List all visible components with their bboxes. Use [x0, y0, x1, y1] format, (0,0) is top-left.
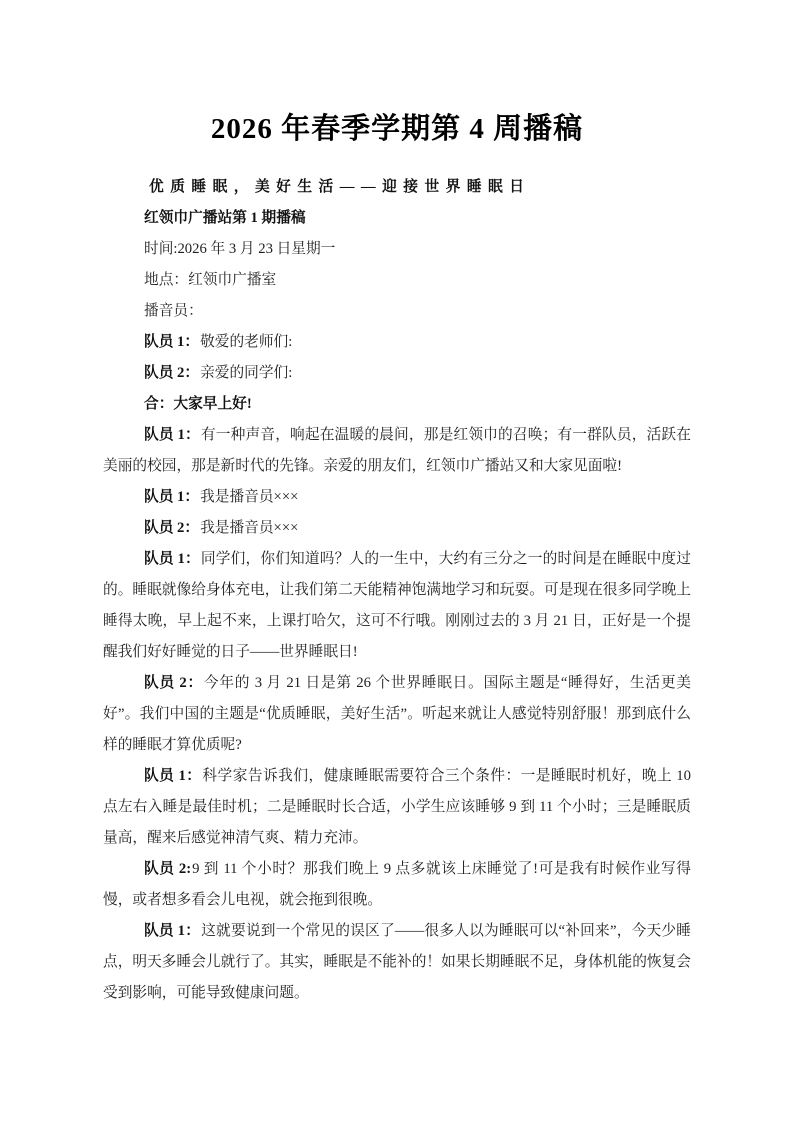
- meta-line: 地点：红领巾广播室: [103, 265, 691, 296]
- script-body: 时间:2026 年 3 月 23 日星期一地点：红领巾广播室播音员：队员 1：敬…: [103, 234, 691, 1009]
- dialogue-line: 队员 2：我是播音员×××: [103, 513, 691, 544]
- dialogue-line: 队员 2:9 到 11 个小时？那我们晚上 9 点多就该上床睡觉了!可是我有时候…: [103, 854, 691, 916]
- dialogue-line: 队员 1：我是播音员×××: [103, 482, 691, 513]
- line-text: 播音员：: [144, 303, 203, 319]
- speaker-label: 队员 1：: [144, 768, 201, 784]
- speaker-label: 队员 1：: [144, 923, 200, 939]
- document-title: 2026 年春季学期第 4 周播稿: [103, 108, 691, 150]
- speaker-label: 队员 1：: [144, 489, 199, 505]
- dialogue-line: 队员 1：敬爱的老师们:: [103, 327, 691, 358]
- speaker-label: 队员 2:: [144, 861, 191, 877]
- line-text: 亲爱的同学们:: [200, 365, 292, 381]
- dialogue-line: 队员 1：这就要说到一个常见的误区了——很多人以为睡眠可以“补回来”，今天少睡点…: [103, 916, 691, 1009]
- line-text: 9 到 11 个小时？那我们晚上 9 点多就该上床睡觉了!可是我有时候作业写得慢…: [103, 861, 691, 908]
- speaker-label: 队员 2：: [144, 675, 203, 691]
- document-subtitle: 优质睡眠，美好生活——迎接世界睡眠日: [103, 172, 691, 203]
- meta-line: 播音员：: [103, 296, 691, 327]
- dialogue-line: 队员 1：同学们，你们知道吗？人的一生中，大约有三分之一的时间是在睡眠中度过的。…: [103, 544, 691, 668]
- meta-line: 时间:2026 年 3 月 23 日星期一: [103, 234, 691, 265]
- speaker-label: 队员 1：: [144, 427, 200, 443]
- line-text: 我是播音员×××: [200, 489, 298, 505]
- dialogue-line: 队员 2：亲爱的同学们:: [103, 358, 691, 389]
- dialogue-line: 队员 1：有一种声音，响起在温暖的晨间，那是红领巾的召唤；有一群队员，活跃在美丽…: [103, 420, 691, 482]
- issue-heading: 红领巾广播站第 1 期播稿: [103, 203, 691, 234]
- line-text: 地点：红领巾广播室: [144, 272, 276, 288]
- document-page: 2026 年春季学期第 4 周播稿 优质睡眠，美好生活——迎接世界睡眠日 红领巾…: [0, 0, 793, 1122]
- dialogue-line: 队员 2：今年的 3 月 21 日是第 26 个世界睡眠日。国际主题是“睡得好，…: [103, 668, 691, 761]
- speaker-label: 队员 2：: [144, 520, 199, 536]
- speaker-label: 队员 1：: [144, 334, 199, 350]
- speaker-label: 合：大家早上好!: [144, 396, 252, 412]
- speaker-label: 队员 1：: [144, 551, 200, 567]
- line-text: 敬爱的老师们:: [200, 334, 292, 350]
- line-text: 时间:2026 年 3 月 23 日星期一: [144, 241, 335, 257]
- dialogue-line: 队员 1：科学家告诉我们，健康睡眠需要符合三个条件：一是睡眠时机好，晚上 10 …: [103, 761, 691, 854]
- line-text: 同学们，你们知道吗？人的一生中，大约有三分之一的时间是在睡眠中度过的。睡眠就像给…: [103, 551, 691, 660]
- line-text: 我是播音员×××: [200, 520, 298, 536]
- dialogue-line: 合：大家早上好!: [103, 389, 691, 420]
- speaker-label: 队员 2：: [144, 365, 199, 381]
